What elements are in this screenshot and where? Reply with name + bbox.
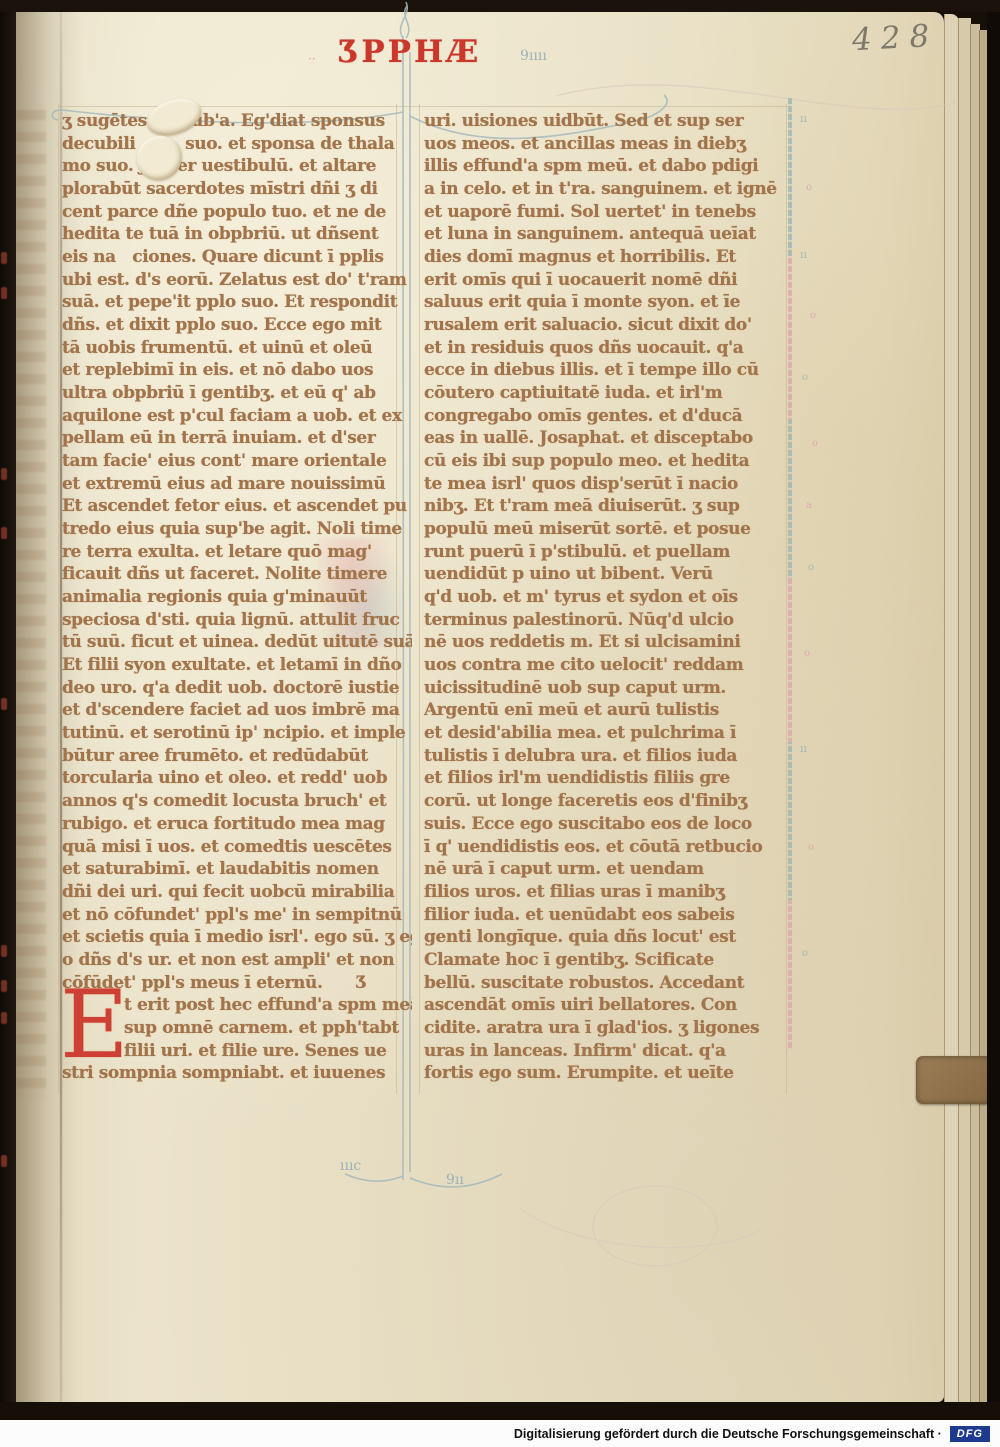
- manuscript-text-line: Argentū enī meū et aurū tulistis: [424, 699, 788, 722]
- edge-bleed-mark: [1, 468, 7, 480]
- manuscript-text-line: o dñs d's ur. et non est ampli' et non: [62, 949, 412, 972]
- manuscript-text-line: et replebimī in eis. et nō dabo uos: [62, 359, 412, 382]
- manuscript-text-line: pellam eū in terrā inuiam. et d'ser: [62, 427, 412, 450]
- manuscript-text-line: dñi dei uri. qui fecit uobcū mirabilia: [62, 881, 412, 904]
- manuscript-text-line: et d'scendere faciet ad uos imbrē ma: [62, 699, 412, 722]
- manuscript-text-line: populū meū miserūt sortē. et posue: [424, 518, 788, 541]
- edge-bleed-mark: [1, 287, 7, 299]
- manuscript-text-line: et nō cōfundet' ppl's me' in sempitnū: [62, 904, 412, 927]
- manuscript-text-line: corū. ut longe faceretis eos d'finibʒ: [424, 790, 788, 813]
- manuscript-text-line: tam facie' eius cont' mare orientale: [62, 450, 412, 473]
- manuscript-text-line: nibʒ. Et t'ram meā diuiserūt. ʒ sup: [424, 495, 788, 518]
- folio-number: 428: [851, 18, 939, 58]
- manuscript-text-line: tulistis ī delubra ura. et filios iuda: [424, 745, 788, 768]
- text-column-right: uri. uisiones uidbūt. Sed et sup seruos …: [424, 110, 788, 1085]
- manuscript-text-line: runt puerū ī p'stibulū. et puellam: [424, 541, 788, 564]
- manuscript-text-line: et filios irl'm uendidistis filiis gre: [424, 767, 788, 790]
- manuscript-text-line: ascendāt omīs uiri bellatores. Con: [424, 994, 788, 1017]
- ruling-line: [419, 104, 420, 1094]
- photo-border-top: [0, 0, 1000, 12]
- manuscript-text-line: annos q's comedit locusta bruch' et: [62, 790, 412, 813]
- manuscript-text-line: Et filii syon exultate. et letamī in dño: [62, 654, 412, 677]
- manuscript-text-line: cidite. aratra ura ī glad'ios. ʒ ligones: [424, 1017, 788, 1040]
- manuscript-text-line: terminus palestinorū. Nūq'd ulcio: [424, 609, 788, 632]
- manuscript-text-line: eis na ciones. Quare dicunt ī pplis: [62, 246, 412, 269]
- manuscript-text-line: eas in uallē. Josaphat. et disceptabo: [424, 427, 788, 450]
- ruling-line: [58, 104, 59, 1094]
- manuscript-text-line: plorabūt sacerdotes mīstri dñi ʒ di: [62, 178, 412, 201]
- manuscript-text-line: dies domī magnus et horribilis. Et: [424, 246, 788, 269]
- manuscript-text-line: fortis ego sum. Erumpite. et ueīte: [424, 1062, 788, 1085]
- manuscript-text-line: tā uobis frumentū. et uinū et oleū: [62, 337, 412, 360]
- manuscript-text-line: Et ascendet fetor eius. et ascendet pu: [62, 495, 412, 518]
- manuscript-text-line: torcularia uino et oleo. et redd' uob: [62, 767, 412, 790]
- manuscript-text-line: uras in lanceas. Infirm' dicat. q'a: [424, 1040, 788, 1063]
- manuscript-text-line: et desid'abilia mea. et pulchrima ī: [424, 722, 788, 745]
- manuscript-text-line: nē uos reddetis m. Et si ulcisamini: [424, 631, 788, 654]
- manuscript-text-line: ecce in diebus illis. et ī tempe illo cū: [424, 359, 788, 382]
- edge-bleed-mark: [1, 698, 7, 710]
- manuscript-text-line: illis effund'a spm meū. et dabo pdigi: [424, 155, 788, 178]
- manuscript-text-line: et extremū eius ad mare nouissimū: [62, 473, 412, 496]
- manuscript-text-line: speciosa d'sti. quia lignū. attulit fruc: [62, 609, 412, 632]
- manuscript-text-line: uos meos. et ancillas meas in diebʒ: [424, 133, 788, 156]
- manuscript-text-line: quā misi ī uos. et comedtis uescētes: [62, 836, 412, 859]
- manuscript-text-line: uri. uisiones uidbūt. Sed et sup ser: [424, 110, 788, 133]
- photo-border-bottom: [0, 1402, 1000, 1420]
- manuscript-text-line: congregabo omīs gentes. et d'ducā: [424, 405, 788, 428]
- dfg-logo: DFG: [950, 1426, 990, 1442]
- edge-bleed-mark: [1, 1155, 7, 1167]
- manuscript-text-line: ī q' uendidistis eos. et cōutā retbucio: [424, 836, 788, 859]
- manuscript-text-line: tutinū. et serotinū ip' ncipio. et imple: [62, 722, 412, 745]
- margin-border-decoration: [788, 98, 792, 1050]
- manuscript-text-line: rusalem erit saluacio. sicut dixit do': [424, 314, 788, 337]
- manuscript-text-line: filior iuda. et uenūdabt eos sabeis: [424, 904, 788, 927]
- manuscript-text-line: suā. et pepe'it pplo suo. Et respondit: [62, 291, 412, 314]
- manuscript-text-line: Clamate hoc ī gentibʒ. Scificate: [424, 949, 788, 972]
- manuscript-photo: ʒ sugētes ub'a. Eg'diat sponsusdecubili …: [0, 0, 1000, 1447]
- page-edge-strip: [944, 14, 959, 1402]
- manuscript-text-line: uendidūt p uino ut bibent. Verū: [424, 563, 788, 586]
- manuscript-text-line: uicissitudinē uob sup caput urm.: [424, 677, 788, 700]
- manuscript-text-line: uos contra me cito uelocit' reddam: [424, 654, 788, 677]
- manuscript-text-line: et scietis quia ī medio isrl'. ego sū. ʒ…: [62, 926, 412, 949]
- manuscript-text-line: aquilone est p'cul faciam a uob. et ex: [62, 405, 412, 428]
- manuscript-text-line: re terra exulta. et letare quō mag': [62, 541, 412, 564]
- running-title: ƷPPHÆ: [338, 34, 481, 70]
- manuscript-text-line: mo suo. Jn ter uestibulū. et altare: [62, 155, 412, 178]
- manuscript-text-line: dñs. et dixit pplo suo. Ecce ego mit: [62, 314, 412, 337]
- manuscript-text-line: rubigo. et eruca fortitudo mea mag: [62, 813, 412, 836]
- manuscript-text-line: būtur aree frumēto. et redūdabūt: [62, 745, 412, 768]
- manuscript-text-line: tredo eius quia sup'be agit. Noli time: [62, 518, 412, 541]
- manuscript-text-line: cū eis ibi sup populo meo. et hedita: [424, 450, 788, 473]
- manuscript-text-line: et saturabimī. et laudabitis nomen: [62, 858, 412, 881]
- manuscript-text-line: a in celo. et in t'ra. sanguinem. et ign…: [424, 178, 788, 201]
- manuscript-text-line: cōutero captiuitatē iuda. et irl'm: [424, 382, 788, 405]
- manuscript-text-line: erit omīs qui ī uocauerit nomē dñi: [424, 269, 788, 292]
- manuscript-text-line: cent parce dñe populo tuo. et ne de: [62, 201, 412, 224]
- edge-bleed-mark: [1, 980, 7, 992]
- manuscript-text-line: nē urā ī caput urm. et uendam: [424, 858, 788, 881]
- manuscript-text-line: tū suū. ficut et uinea. dedūt uitutē suā: [62, 631, 412, 654]
- decorated-initial: E: [60, 986, 129, 1066]
- manuscript-text-line: deo uro. q'a dedit uob. doctorē iustie: [62, 677, 412, 700]
- manuscript-text-line: et in residuis quos dñs uocauit. q'a: [424, 337, 788, 360]
- dfg-banner-text: Digitalisierung gefördert durch die Deut…: [514, 1427, 942, 1441]
- manuscript-text-line: ʒ sugētes ub'a. Eg'diat sponsus: [62, 110, 412, 133]
- manuscript-text-line: et luna in sanguinem. antequā ueīat: [424, 223, 788, 246]
- manuscript-text-line: et uaporē fumi. Sol uertet' in tenebs: [424, 201, 788, 224]
- edge-repair-patch: [916, 1056, 992, 1104]
- manuscript-text-line: ultra obpbriū ī gentibʒ. et eū q' ab: [62, 382, 412, 405]
- photo-border-left: [0, 0, 16, 1447]
- manuscript-text-line: ubi est. d's eorū. Zelatus est do' t'ram: [62, 269, 412, 292]
- photo-border-right: [987, 0, 1000, 1447]
- manuscript-text-line: ficauit dñs ut faceret. Nolite timere: [62, 563, 412, 586]
- manuscript-text-line: animalia regionis quia g'minauūt: [62, 586, 412, 609]
- dfg-banner: Digitalisierung gefördert durch die Deut…: [0, 1420, 1000, 1447]
- manuscript-text-line: genti longīque. quia dñs locut' est: [424, 926, 788, 949]
- manuscript-text-line: suis. Ecce ego suscitabo eos de loco: [424, 813, 788, 836]
- edge-bleed-mark: [1, 252, 7, 264]
- manuscript-text-line: hedita te tuā in obpbriū. ut dñsent: [62, 223, 412, 246]
- manuscript-text-line: filios uros. et filias uras ī manibʒ: [424, 881, 788, 904]
- manuscript-text-line: saluus erit quia ī monte syon. et īe: [424, 291, 788, 314]
- edge-bleed-mark: [1, 1012, 7, 1024]
- text-column-left: ʒ sugētes ub'a. Eg'diat sponsusdecubili …: [62, 110, 412, 1085]
- manuscript-text-line: q'd uob. et m' tyrus et sydon et oīs: [424, 586, 788, 609]
- edge-bleed-mark: [1, 945, 7, 957]
- manuscript-text-line: decubili suo. et sponsa de thala: [62, 133, 412, 156]
- manuscript-text-line: te mea isrl' quos disp'serūt ī nacio: [424, 473, 788, 496]
- manuscript-text-line: bellū. suscitate robustos. Accedant: [424, 972, 788, 995]
- edge-bleed-mark: [1, 527, 7, 539]
